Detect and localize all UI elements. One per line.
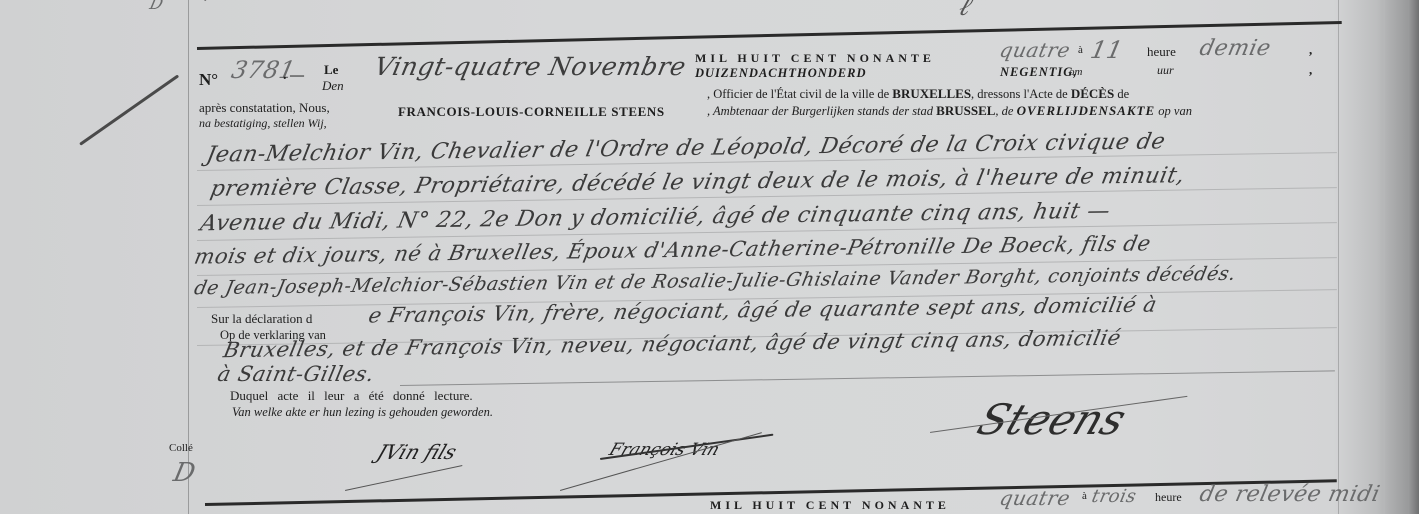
- comma-2: ,: [1309, 62, 1312, 78]
- declaration-line-3: à Saint-Gilles.: [215, 362, 376, 386]
- officer-title-fr-text: , Officier de l'État civil de la ville d…: [707, 87, 889, 101]
- city-fr: BRUXELLES: [892, 86, 971, 101]
- body-line-3: Avenue du Midi, N° 22, 2e Don y domicili…: [198, 199, 1112, 237]
- page-fold-shadow: [1382, 0, 1385, 514]
- de-nl: , de: [995, 104, 1013, 118]
- year-printed-nl-suffix: NEGENTIG,: [1000, 65, 1077, 80]
- declaration-label-fr: Sur la déclaration d: [211, 311, 312, 327]
- reading-statement-nl: Van welke akte er hun lezing is gehouden…: [232, 405, 493, 420]
- signature-declarant-1: JVin fils: [374, 440, 460, 464]
- officer-title-nl: , Ambtenaar der Burgerlijken stands der …: [707, 103, 1192, 119]
- page-binding-edge: [1408, 0, 1419, 514]
- heure-label: heure: [1147, 44, 1176, 60]
- dressons-text: , dressons l'Acte de: [971, 87, 1068, 101]
- signature-flourish: [345, 465, 463, 491]
- om-label: om: [1069, 66, 1082, 78]
- year-printed-fr: MIL HUIT CENT NONANTE: [695, 51, 935, 66]
- officer-name: FRANCOIS-LOUIS-CORNEILLE STEENS: [398, 104, 665, 120]
- time-handwritten: demie: [1197, 36, 1273, 61]
- ruled-line-end: [400, 370, 1335, 386]
- officer-title-nl-text: , Ambtenaar der Burgerlijken stands der …: [707, 104, 933, 118]
- prev-margin-mark: D: [148, 0, 165, 13]
- number-label: N°: [199, 70, 218, 90]
- next-a-label: à: [1082, 490, 1087, 502]
- number-dash: . —: [283, 68, 304, 84]
- reading-statement-fr: Duquel acte il leur a été donné lecture.: [230, 388, 473, 404]
- comma-1: ,: [1309, 42, 1312, 58]
- colle-label: Collé: [169, 442, 193, 454]
- margin-line: [188, 0, 189, 514]
- declaration-line-1: e François Vin, frère, négociant, âgé de…: [366, 293, 1159, 328]
- a-label: à: [1078, 44, 1083, 56]
- year-printed-nl: DUIZENDACHTHONDERD: [695, 66, 867, 81]
- op-van: op van: [1158, 104, 1192, 118]
- next-year-printed-fr: MIL HUIT CENT NONANTE: [710, 498, 950, 513]
- apres-constatation-fr: après constatation, Nous,: [199, 100, 330, 116]
- prev-record-stroke: [204, 0, 212, 1]
- right-column-line: [1338, 0, 1339, 514]
- le-label-fr: Le: [324, 62, 338, 78]
- city-nl: BRUSSEL: [936, 103, 995, 118]
- margin-pencil-stroke: [79, 74, 179, 145]
- de-fr: de: [1117, 87, 1129, 101]
- declaration-line-2: Bruxelles, et de François Vin, neveu, né…: [221, 326, 1123, 362]
- next-heure-label: heure: [1155, 490, 1182, 505]
- next-time-handwritten: de relevée midi: [1197, 482, 1382, 507]
- uur-label: uur: [1157, 63, 1174, 78]
- apres-constatation-nl: na bestatiging, stellen Wij,: [199, 116, 327, 131]
- body-line-2: première Classe, Propriétaire, décédé le…: [208, 163, 1187, 202]
- year-handwritten: quatre: [997, 38, 1072, 62]
- officer-title-fr: , Officier de l'État civil de la ville d…: [707, 86, 1129, 102]
- prev-record-signature: ℓ: [955, 0, 977, 22]
- next-year-handwritten: quatre: [997, 486, 1072, 510]
- le-label-nl: Den: [322, 78, 344, 94]
- hour-handwritten: 11: [1088, 36, 1125, 64]
- signature-officer: Steens: [971, 395, 1133, 444]
- date-handwritten: Vingt-quatre Novembre: [372, 52, 689, 81]
- next-hour-handwritten: trois: [1090, 486, 1139, 507]
- overlijdensakte-label: OVERLIJDENSAKTE: [1017, 103, 1156, 118]
- colle-mark: D: [171, 458, 199, 488]
- deces-label: DÉCÈS: [1071, 86, 1114, 101]
- scanned-register-page: D ℓ N° 3781 . — Le Den Vingt-quatre Nove…: [0, 0, 1419, 514]
